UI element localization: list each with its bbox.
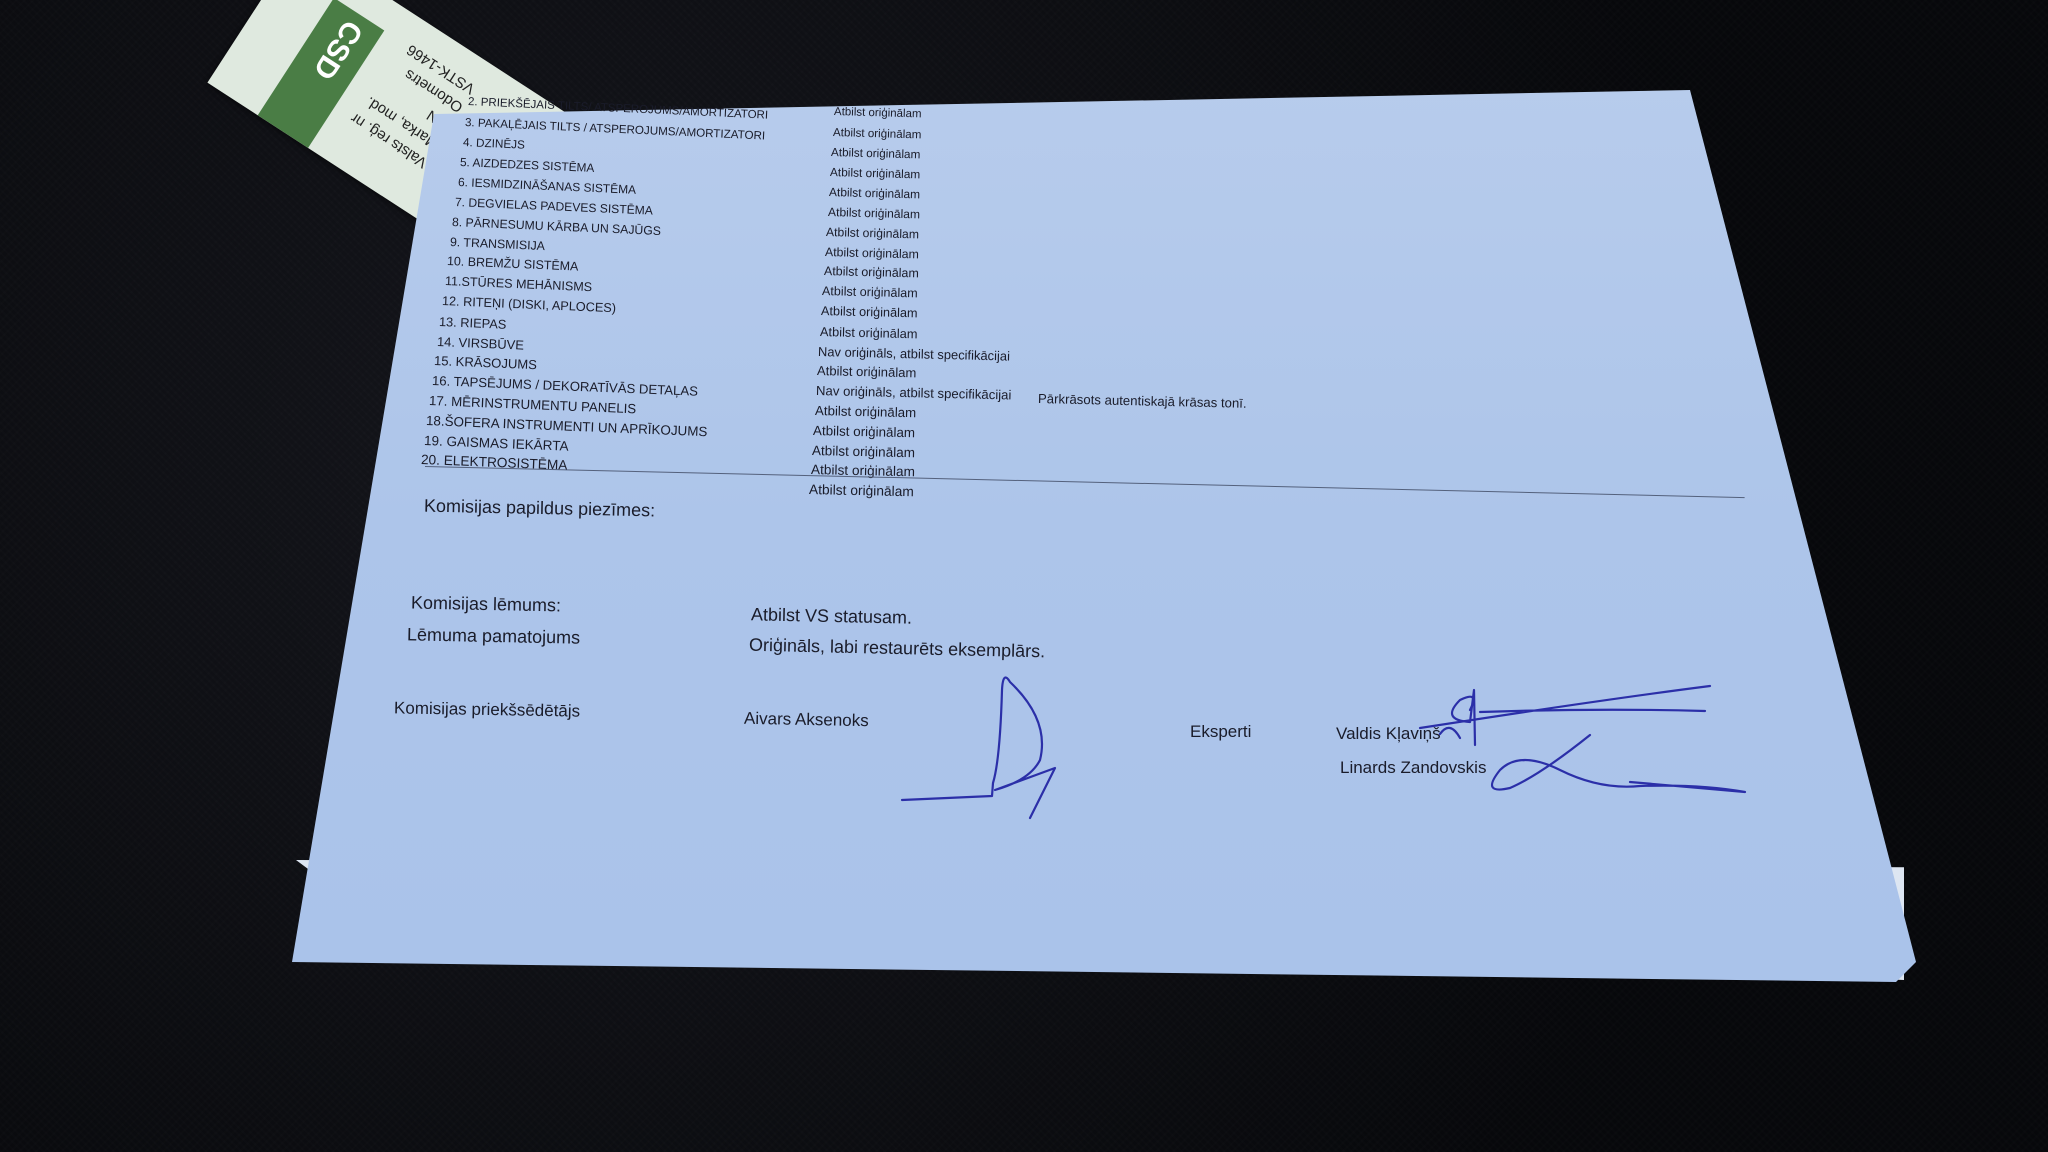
checklist-item-note: Pārkrāsots autentiskajā krāsas tonī. <box>1038 391 1247 411</box>
expert-name-1: Valdis Kļaviņš <box>1336 724 1441 744</box>
checklist-item-status: Atbilst oriģinālam <box>821 304 918 320</box>
justification-label: Lēmuma pamatojums <box>407 624 580 648</box>
checklist-item-label: 8. PĀRNESUMU KĀRBA UN SAJŪGS <box>452 215 662 238</box>
checklist-item-status: Atbilst oriģinālam <box>833 126 922 141</box>
document-content: 2. PRIEKŠĒJAIS TILTS/ ATSPEROJUMS/AMORTI… <box>0 0 2048 1152</box>
checklist-item-status: Atbilst oriģinālam <box>820 324 918 341</box>
checklist-item-status: Atbilst oriģinālam <box>814 403 916 420</box>
chair-name: Aivars Aksenoks <box>744 709 869 731</box>
decision-value: Atbilst VS statusam. <box>751 604 912 628</box>
checklist-item-status: Atbilst oriģinālam <box>826 225 919 241</box>
checklist-item-label: 19. GAISMAS IEKĀRTA <box>424 433 569 454</box>
checklist-item-status: Nav oriģināls, atbilst specifikācijai <box>816 383 1012 402</box>
checklist-item-label: 17. MĒRINSTRUMENTU PANELIS <box>429 393 637 416</box>
expert-name-2: Linards Zandovskis <box>1340 758 1486 778</box>
checklist-item-label: 5. AIZDEDZES SISTĒMA <box>460 155 595 175</box>
checklist-item-status: Atbilst oriģinālam <box>831 146 921 161</box>
checklist-item-label: 4. DZINĒJS <box>463 136 525 152</box>
decision-label: Komisijas lēmums: <box>411 593 561 617</box>
checklist-item-label: 9. TRANSMISIJA <box>449 235 545 253</box>
checklist-item-status: Atbilst oriģinālam <box>812 443 915 460</box>
experts-label: Eksperti <box>1190 722 1251 742</box>
chair-label: Komisijas priekšsēdētājs <box>394 698 580 721</box>
checklist-item-status: Atbilst oriģinālam <box>834 106 922 120</box>
checklist-item-label: 11.STŪRES MEHĀNISMS <box>444 274 592 294</box>
checklist-item-status: Nav oriģināls, atbilst specifikācijai <box>818 344 1010 364</box>
checklist-item-status: Atbilst oriģinālam <box>822 284 918 300</box>
checklist-item-label: 10. BREMŽU SISTĒMA <box>447 254 579 274</box>
checklist-item-label: 6. IESMIDZINĀŠANAS SISTĒMA <box>457 175 636 197</box>
checklist-item-status: Atbilst oriģinālam <box>830 165 921 181</box>
justification-value: Oriģināls, labi restaurēts eksemplārs. <box>749 635 1046 663</box>
checklist-item-status: Atbilst oriģinālam <box>817 363 917 380</box>
checklist-item-label: 15. KRĀSOJUMS <box>434 353 537 372</box>
checklist-item-status: Atbilst oriģinālam <box>827 205 919 221</box>
checklist-item-status: Atbilst oriģinālam <box>809 482 914 499</box>
notes-label: Komisijas papildus piezīmes: <box>424 496 655 522</box>
checklist-item-status: Atbilst oriģinālam <box>813 423 915 440</box>
divider-line <box>425 466 1745 498</box>
checklist-item-status: Atbilst oriģinālam <box>825 245 919 261</box>
checklist-item-label: 14. VIRSBŪVE <box>436 334 524 353</box>
checklist-item-label: 13. RIEPAS <box>439 314 507 332</box>
checklist-item-status: Atbilst oriģinālam <box>829 185 920 201</box>
checklist-item-label: 12. RITEŅI (diski, aploces) <box>442 294 617 315</box>
checklist-item-label: 7. DEGVIELAS PADEVES SISTĒMA <box>455 195 653 218</box>
checklist-item-label: 20. ELEKTROSISTĒMA <box>421 452 568 473</box>
checklist-item-status: Atbilst oriģinālam <box>823 264 918 280</box>
